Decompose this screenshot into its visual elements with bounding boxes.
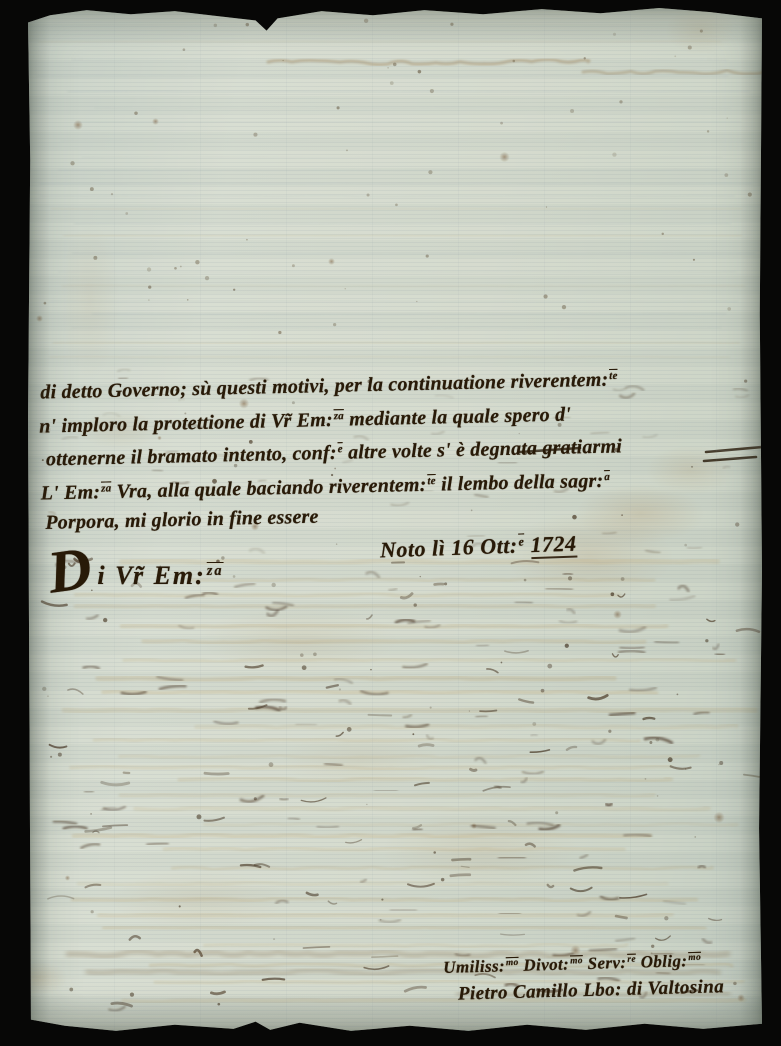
- bleed-stroke: [403, 664, 427, 668]
- ink-speck: [677, 693, 679, 695]
- text-segment: i Vr̃ Em:: [97, 561, 205, 590]
- ink-speck: [50, 756, 52, 758]
- bleed-stroke: [425, 625, 440, 628]
- bleed-stroke: [578, 912, 591, 916]
- ink-speck: [387, 67, 389, 69]
- bleed-stroke: [471, 769, 476, 770]
- bleed-stroke: [546, 588, 572, 589]
- bleed-stroke: [461, 866, 469, 867]
- bleed-stroke: [266, 607, 286, 611]
- ink-speck: [700, 30, 703, 33]
- text-segment: za: [207, 563, 224, 579]
- ink-speck: [619, 100, 622, 103]
- ink-speck: [337, 106, 340, 109]
- text-segment: Serv:: [583, 953, 627, 973]
- text-segment: Umiliss:: [443, 956, 505, 977]
- bleed-stroke: [483, 787, 510, 791]
- bleed-stroke: [530, 750, 549, 752]
- bleed-stroke: [606, 804, 611, 806]
- ink-speck: [500, 122, 503, 125]
- bleed-stroke: [263, 979, 285, 980]
- text-segment: Porpora, mi glorio in fine essere: [45, 506, 319, 534]
- bleed-stroke: [620, 647, 644, 648]
- bleed-stroke: [403, 715, 411, 718]
- ink-speck: [430, 707, 432, 709]
- bleed-stroke: [39, 75, 727, 77]
- bleed-stroke: [389, 589, 396, 591]
- bleed-stroke: [477, 645, 488, 646]
- ink-speck: [134, 111, 137, 114]
- ink-speck: [125, 212, 128, 215]
- ink-speck: [336, 543, 337, 544]
- ink-speck: [195, 260, 199, 264]
- ink-speck: [300, 653, 304, 657]
- bleed-stroke: [69, 91, 748, 93]
- bleed-stroke: [367, 615, 372, 619]
- bleed-stroke: [408, 884, 434, 887]
- rust-spot: [65, 875, 71, 881]
- bleed-stroke: [679, 586, 689, 591]
- bleed-stroke: [644, 718, 655, 719]
- ink-speck: [693, 259, 695, 261]
- bleed-stroke: [280, 799, 287, 800]
- bleed-stroke: [616, 916, 626, 918]
- flourish-initial: D: [44, 537, 95, 602]
- ink-speck: [333, 323, 336, 326]
- ink-speck: [366, 804, 367, 805]
- ink-speck: [705, 639, 708, 642]
- bleed-stroke: [737, 629, 759, 632]
- bleed-stroke: [346, 840, 362, 843]
- text-segment: il lembo della sagr:: [436, 470, 604, 496]
- ink-speck: [735, 522, 739, 526]
- ink-speck: [543, 294, 547, 298]
- text-segment: Vra, alla quale baciando riverentem:: [111, 474, 427, 503]
- bleed-stroke: [130, 936, 140, 939]
- ink-speck: [501, 662, 503, 664]
- foxing-stain: [380, 810, 580, 890]
- bleed-stroke: [505, 651, 528, 653]
- ink-speck: [420, 576, 421, 577]
- bleed-stroke: [707, 619, 715, 621]
- bleed-stroke: [694, 712, 708, 714]
- bleed-stroke: [109, 1007, 125, 1011]
- bleed-stroke: [325, 764, 342, 766]
- ink-speck: [541, 689, 545, 693]
- bleed-stroke: [619, 651, 645, 653]
- bleed-stroke: [601, 897, 618, 900]
- foxing-stain: [60, 220, 120, 380]
- ink-speck: [428, 170, 432, 174]
- ink-speck: [395, 204, 398, 207]
- bleed-stroke: [280, 707, 286, 710]
- bleed-stroke: [73, 59, 727, 61]
- bleed-stroke: [84, 666, 99, 668]
- ink-speck: [91, 910, 94, 913]
- bleed-stroke: [369, 715, 392, 716]
- ink-speck: [719, 761, 723, 765]
- ink-speck: [278, 331, 281, 334]
- rust-spot: [328, 258, 335, 265]
- bleed-stroke: [396, 620, 414, 623]
- bleed-stroke: [255, 864, 270, 867]
- ink-speck: [183, 48, 186, 51]
- ink-speck: [313, 652, 317, 656]
- text-segment: n' imploro la protettione di Vr̃ Em:: [39, 409, 333, 438]
- ink-speck: [196, 814, 201, 819]
- ink-speck: [727, 307, 731, 311]
- bleed-stroke: [95, 739, 639, 742]
- bleed-stroke: [406, 724, 428, 727]
- ink-speck: [621, 577, 625, 581]
- bleed-stroke: [688, 547, 701, 548]
- ink-speck: [444, 582, 447, 585]
- ink-speck: [187, 299, 189, 301]
- bleed-stroke: [74, 834, 650, 837]
- bleed-stroke: [79, 882, 667, 885]
- bleed-stroke: [567, 609, 574, 613]
- ink-speck: [339, 688, 341, 690]
- ink-speck: [246, 23, 249, 26]
- text-segment: mo: [506, 958, 519, 968]
- ink-speck: [90, 813, 92, 815]
- bleed-stroke: [136, 807, 709, 811]
- bleed-stroke: [509, 821, 516, 825]
- bleed-stroke: [327, 685, 338, 687]
- ink-speck: [649, 741, 652, 744]
- bleed-stroke: [567, 747, 576, 750]
- bleed-stroke: [71, 766, 670, 769]
- ink-speck: [246, 239, 248, 241]
- ink-speck: [608, 730, 611, 733]
- ink-speck: [272, 583, 276, 587]
- bleed-stroke: [65, 709, 755, 712]
- bleed-stroke: [361, 691, 388, 694]
- bleed-stroke: [523, 771, 544, 774]
- ink-speck: [433, 851, 436, 854]
- bleed-stroke: [589, 695, 608, 699]
- foxing-stain: [200, 605, 400, 675]
- bleed-stroke: [379, 920, 400, 922]
- ink-speck: [111, 193, 113, 195]
- rust-spot: [737, 994, 745, 1002]
- ink-speck: [47, 696, 48, 697]
- bleed-stroke: [328, 901, 336, 904]
- rust-spot: [73, 120, 84, 131]
- bleed-stroke: [205, 944, 627, 947]
- bleed-stroke: [480, 711, 496, 712]
- foxing-stain: [110, 870, 290, 930]
- bleed-stroke: [41, 183, 751, 184]
- text-segment: Oblig:: [636, 951, 688, 971]
- bleed-stroke: [60, 169, 718, 171]
- bleed-stroke: [307, 893, 318, 895]
- bleed-stroke: [249, 705, 267, 709]
- ink-speck: [253, 133, 257, 137]
- ink-speck: [233, 575, 236, 578]
- ink-speck: [148, 286, 151, 289]
- rust-spot: [152, 118, 158, 124]
- ink-speck: [469, 710, 470, 711]
- bleed-stroke: [72, 327, 720, 329]
- bleed-stroke: [179, 778, 671, 781]
- bleed-stroke: [703, 939, 711, 943]
- bleed-stroke: [122, 692, 146, 695]
- rust-spot: [499, 152, 509, 162]
- ink-speck: [674, 55, 676, 57]
- ink-speck: [390, 81, 394, 85]
- ink-speck: [367, 193, 370, 196]
- bleed-stroke: [64, 826, 87, 828]
- bleed-stroke: [303, 947, 329, 948]
- bleed-stroke: [405, 987, 425, 991]
- ink-speck: [370, 669, 372, 671]
- bleed-stroke: [548, 885, 554, 887]
- ink-speck: [656, 738, 660, 742]
- bleed-stroke: [85, 791, 93, 792]
- bleed-stroke: [521, 778, 527, 782]
- ink-speck: [724, 173, 728, 177]
- bleed-stroke: [211, 992, 224, 994]
- ink-speck: [180, 266, 182, 268]
- bleed-stroke: [415, 783, 429, 785]
- bleed-stroke: [340, 700, 350, 704]
- bleed-stroke: [73, 898, 696, 901]
- ink-speck: [103, 618, 107, 622]
- bleed-stroke: [335, 679, 353, 683]
- bleed-stroke: [273, 602, 293, 605]
- bleed-stroke: [516, 602, 532, 603]
- ink-speck: [302, 665, 307, 670]
- ink-speck: [547, 664, 552, 669]
- bleed-stroke: [475, 758, 485, 763]
- ink-speck: [345, 288, 346, 289]
- bleed-stroke: [83, 157, 721, 158]
- bleed-stroke: [74, 252, 754, 254]
- foxing-stain: [8, 961, 68, 995]
- bleed-stroke: [246, 666, 263, 668]
- ink-speck: [273, 938, 275, 940]
- ink-speck: [684, 544, 687, 547]
- bleed-stroke: [241, 796, 263, 802]
- ink-speck: [570, 109, 574, 113]
- text-segment: a: [604, 471, 610, 483]
- bleed-stroke: [189, 578, 654, 581]
- bleed-stroke: [670, 596, 695, 600]
- ink-speck: [611, 592, 615, 596]
- bleed-stroke: [499, 857, 525, 858]
- ink-speck: [707, 130, 709, 132]
- ink-speck: [69, 988, 73, 992]
- bleed-stroke: [671, 766, 691, 768]
- rust-spot: [713, 812, 725, 824]
- bleed-stroke: [646, 550, 660, 553]
- bleed-stroke: [157, 677, 183, 681]
- bleed-stroke: [571, 888, 592, 891]
- ink-speck: [130, 993, 134, 997]
- bleed-stroke: [173, 867, 712, 870]
- bleed-stroke: [564, 573, 572, 574]
- closing-block: Umiliss:mo Divot:mo Serv:re Oblig:mo Pie…: [443, 950, 724, 1006]
- ink-speck: [694, 836, 696, 838]
- bleed-stroke: [512, 561, 539, 563]
- bleed-stroke: [268, 611, 278, 616]
- bleed-stroke: [613, 654, 619, 657]
- ink-speck: [44, 302, 47, 305]
- bleed-stroke: [81, 844, 99, 848]
- ink-speck: [584, 57, 586, 59]
- bleed-stroke: [120, 755, 698, 758]
- bleed-stroke: [76, 605, 653, 608]
- bleed-stroke: [101, 807, 115, 810]
- ink-speck: [612, 152, 616, 156]
- ink-speck: [430, 89, 434, 93]
- bleed-stroke: [63, 285, 743, 287]
- text-segment: mo: [688, 953, 701, 963]
- bleed-stroke: [50, 745, 67, 748]
- text-segment: Divot:: [518, 954, 569, 974]
- bleed-stroke: [456, 954, 470, 956]
- dateline: Noto lì 16 Ott:e 1724: [380, 531, 577, 564]
- text-segment: za: [334, 410, 344, 422]
- bleed-stroke: [318, 826, 338, 827]
- bleed-stroke: [713, 644, 719, 649]
- ink-speck: [441, 878, 444, 881]
- ink-speck: [269, 762, 274, 767]
- ink-speck: [565, 644, 569, 648]
- bleed-stroke: [235, 584, 255, 587]
- bleed-stroke: [179, 625, 193, 628]
- ink-speck: [347, 727, 352, 732]
- ink-speck: [668, 757, 673, 762]
- foxing-stain: [665, 5, 735, 55]
- bleed-stroke: [62, 140, 744, 142]
- bleed-stroke: [580, 855, 588, 859]
- ink-speck: [380, 919, 382, 921]
- bleed-stroke: [104, 691, 657, 694]
- bleed-stroke: [401, 594, 412, 598]
- bleed-stroke: [250, 549, 264, 553]
- bleed-stroke: [625, 834, 651, 836]
- valediction: Di Vr̃ Em:za: [48, 540, 218, 600]
- text-segment: Pietro Camillo Lbo: di Valtosina: [458, 976, 725, 1004]
- ink-speck: [727, 117, 728, 118]
- ink-speck: [568, 576, 572, 580]
- bleed-stroke: [143, 640, 644, 643]
- ink-speck: [58, 753, 62, 757]
- bleed-stroke: [123, 625, 666, 628]
- bleed-stroke: [413, 829, 422, 830]
- bleed-stroke: [528, 823, 553, 826]
- bleed-stroke: [664, 901, 686, 904]
- bleed-stroke: [519, 699, 533, 702]
- bleed-stroke: [367, 572, 379, 577]
- bleed-stroke: [214, 721, 238, 724]
- ink-speck: [393, 63, 397, 67]
- ink-speck: [562, 305, 566, 309]
- text-segment: mediante la quale spero d': [344, 403, 572, 430]
- ink-speck: [645, 778, 647, 780]
- bleed-stroke: [268, 60, 589, 65]
- bleed-stroke: [419, 745, 433, 746]
- bleed-stroke: [59, 271, 735, 273]
- signature: Pietro Camillo Lbo: di Valtosina: [458, 976, 725, 1005]
- ink-speck: [148, 299, 150, 301]
- letter-body: di detto Governo; sù questi motivi, per …: [38, 358, 760, 539]
- valediction-text: i Vr̃ Em:za: [97, 561, 223, 590]
- ink-speck: [42, 687, 46, 691]
- bleed-stroke: [603, 532, 616, 534]
- bleed-stroke: [93, 831, 99, 833]
- text-segment: L' Em:: [40, 481, 100, 504]
- bleed-stroke: [560, 621, 577, 623]
- bleed-stroke: [487, 669, 498, 673]
- bleed-stroke: [289, 818, 299, 820]
- bleed-stroke: [100, 914, 671, 917]
- bleed-stroke: [104, 807, 126, 810]
- bleed-stroke: [124, 659, 734, 662]
- bleed-stroke: [630, 688, 656, 691]
- letter-page: di detto Governo; sù questi motivi, per …: [28, 6, 762, 1034]
- bleed-stroke: [80, 121, 739, 122]
- bleed-stroke: [296, 724, 316, 725]
- bleed-stroke: [86, 885, 101, 888]
- bleed-stroke: [105, 926, 704, 928]
- ink-speck: [214, 24, 217, 27]
- rust-spot: [613, 610, 622, 619]
- ink-speck: [718, 764, 719, 765]
- bleed-stroke: [205, 818, 224, 821]
- bleed-stroke: [205, 773, 228, 774]
- bleed-stroke: [616, 938, 634, 941]
- ink-speck: [733, 982, 736, 985]
- bleed-stroke: [301, 798, 326, 802]
- bleed-stroke: [87, 615, 98, 619]
- bleed-stroke: [408, 621, 430, 624]
- bleed-stroke: [427, 735, 433, 739]
- ink-speck: [283, 60, 284, 61]
- rust-spot: [471, 823, 477, 829]
- text-segment: ottenerne il bramato intento, conf:: [46, 442, 337, 471]
- bleed-stroke: [241, 865, 260, 867]
- ink-speck: [412, 733, 414, 735]
- bleed-stroke: [197, 725, 737, 729]
- ink-speck: [657, 795, 659, 797]
- bleed-stroke: [261, 699, 285, 702]
- bleed-stroke: [65, 235, 741, 236]
- bleed-stroke: [592, 740, 605, 744]
- bleed-stroke: [540, 825, 559, 829]
- bleed-stroke: [451, 875, 470, 876]
- ink-speck: [381, 898, 383, 900]
- scan-background: di detto Governo; sù questi motivi, per …: [0, 0, 781, 1046]
- bleed-stroke: [205, 823, 737, 826]
- text-segment: altre volte s' è degnata gratiarmi: [343, 436, 623, 464]
- bleed-stroke: [472, 825, 495, 828]
- bleed-stroke: [583, 70, 762, 74]
- bleed-stroke: [94, 313, 725, 315]
- ink-speck: [70, 161, 74, 165]
- bleed-stroke: [501, 934, 525, 935]
- bleed-stroke: [336, 732, 343, 736]
- ink-speck: [664, 916, 668, 920]
- text-segment: re: [627, 955, 636, 965]
- bleed-stroke: [54, 342, 738, 344]
- bleed-stroke: [86, 828, 111, 832]
- bleed-stroke: [618, 594, 625, 597]
- foxing-stain: [280, 730, 440, 790]
- ink-speck: [416, 301, 417, 302]
